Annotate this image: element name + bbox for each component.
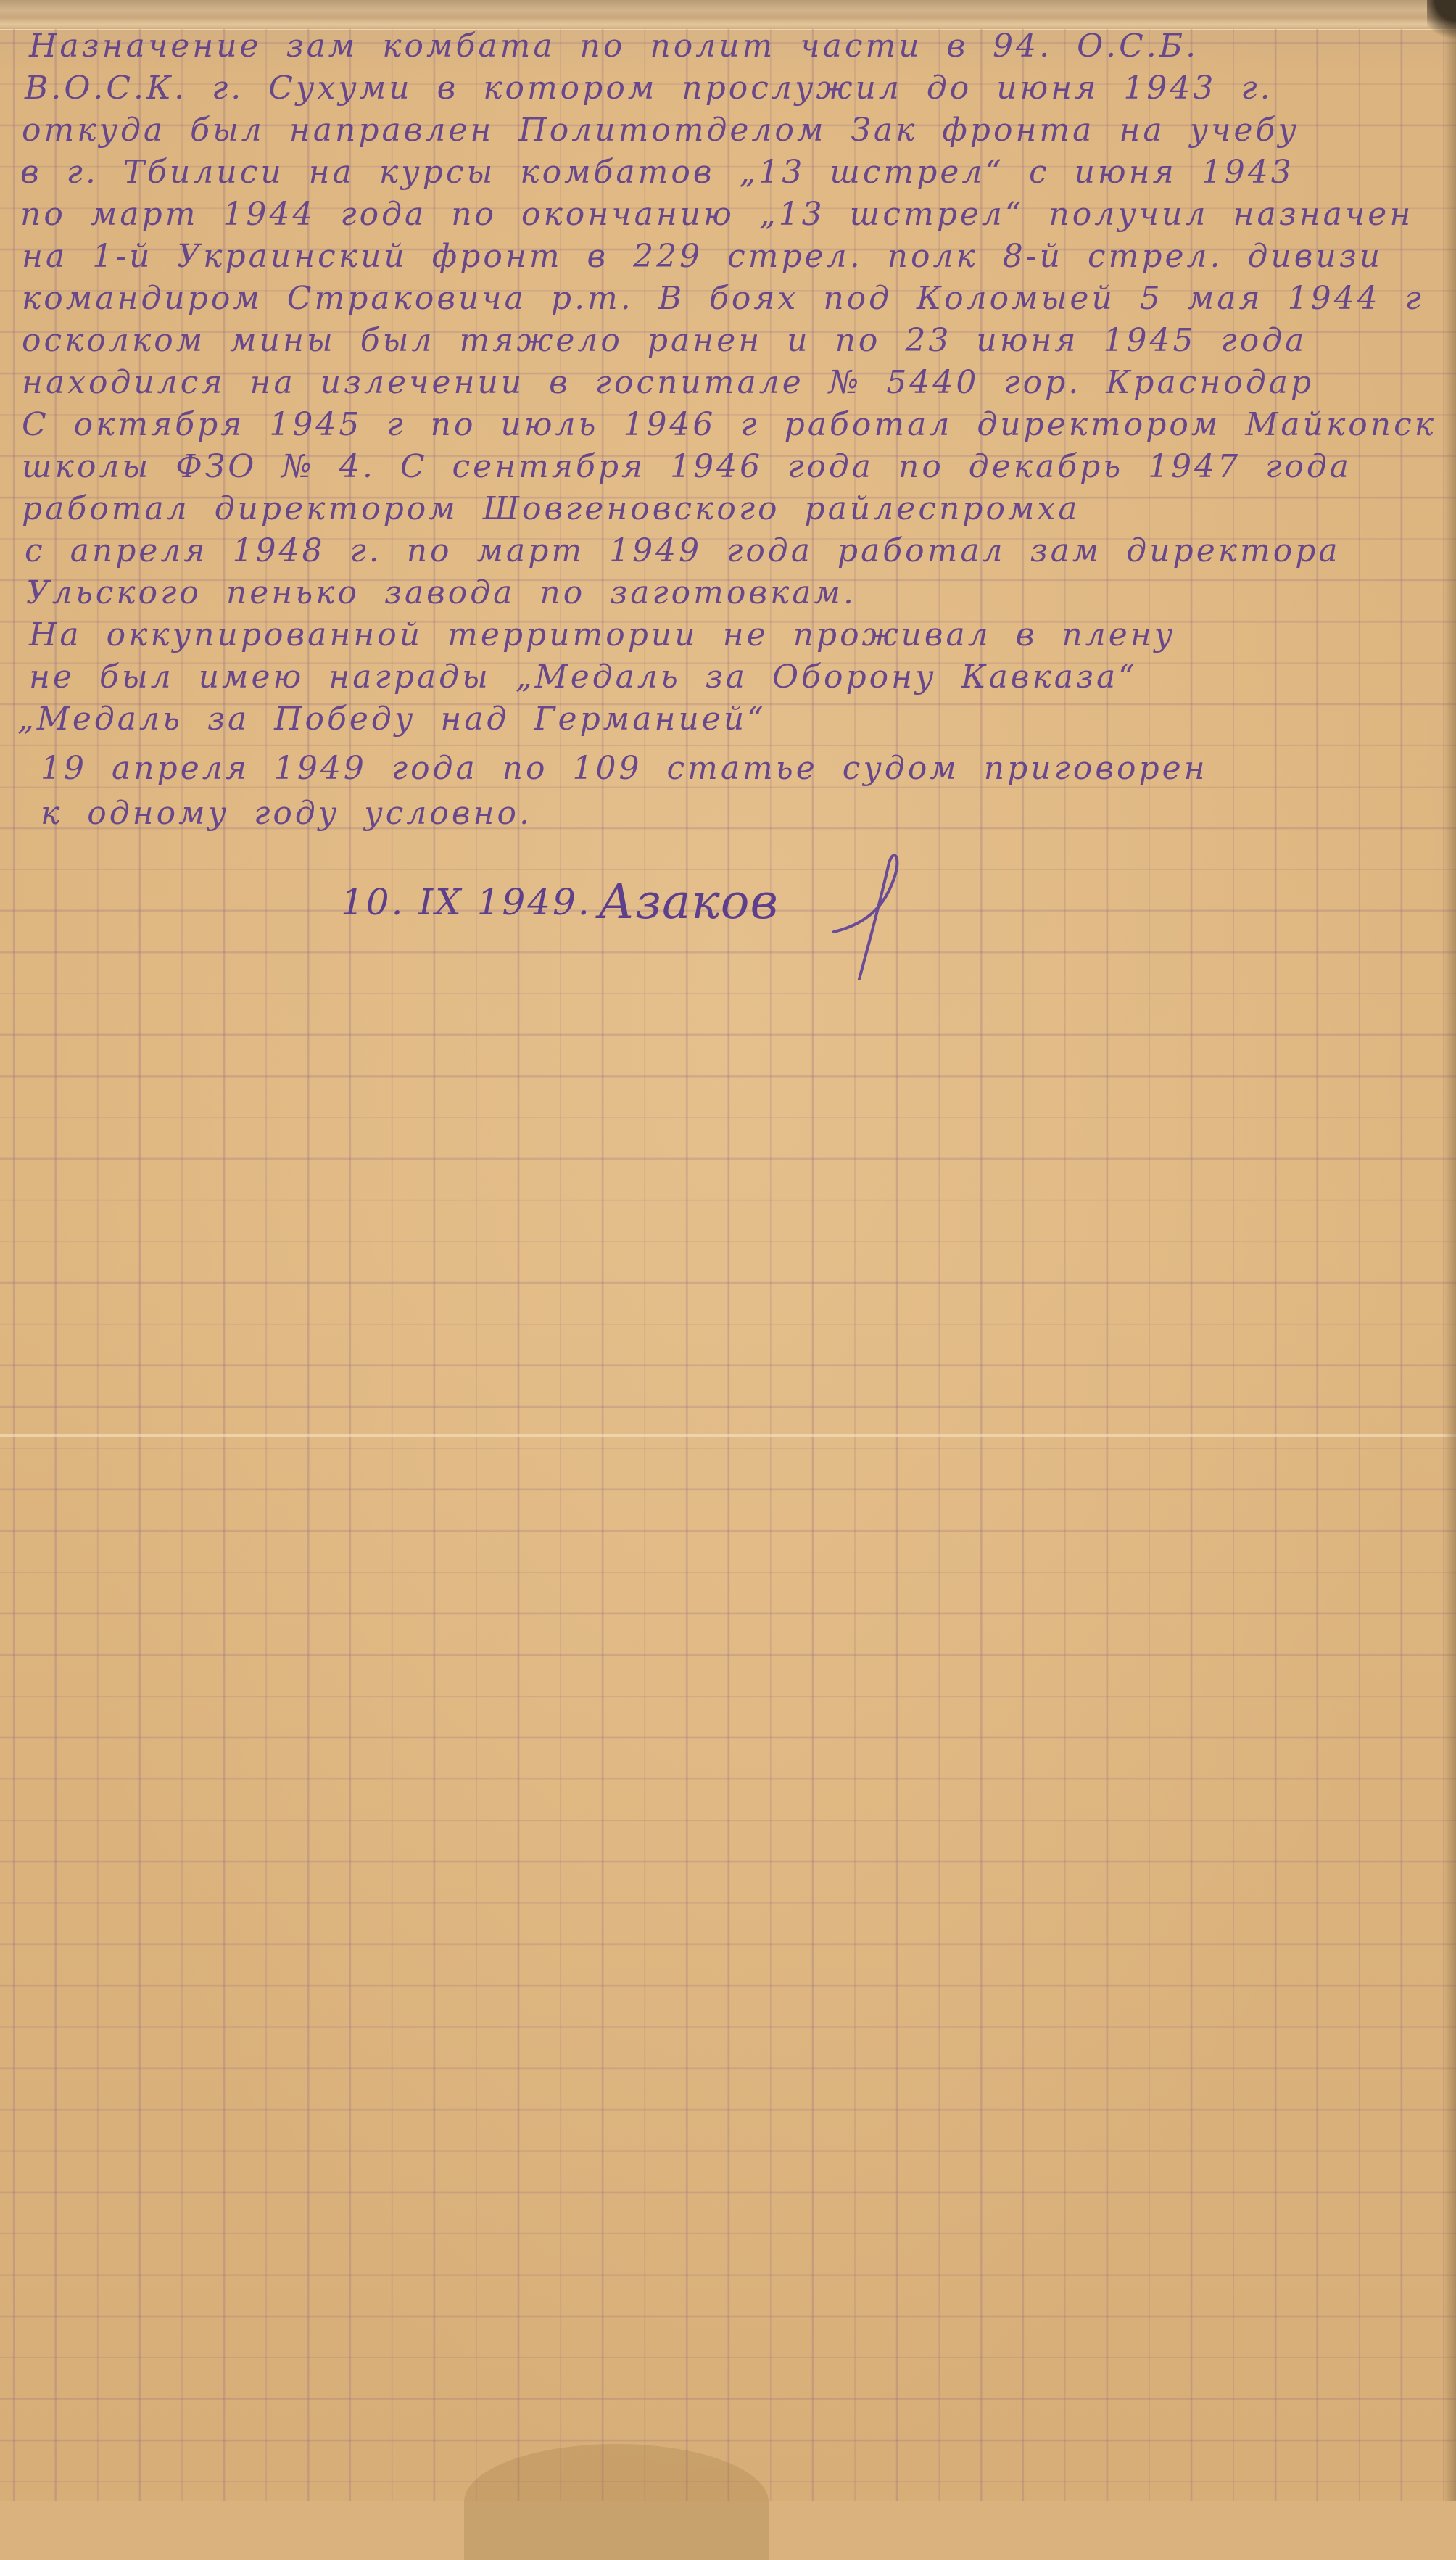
text-line-13: с апреля 1948 г. по март 1949 года работ… (25, 532, 1341, 569)
page-corner-shadow (1427, 0, 1456, 44)
text-line-7: командиром Страковича р.т. В боях под Ко… (22, 280, 1424, 317)
paper-page: Назначение зам комбата по полит части в … (0, 0, 1456, 2501)
signature-flourish-icon (827, 845, 914, 983)
text-line-12: работал директором Шовгеновского райлесп… (22, 490, 1080, 527)
text-line-15: На оккупированной территории не проживал… (29, 616, 1175, 653)
signature-date: 10. IX 1949. (341, 881, 592, 923)
text-line-17: „Медаль за Победу над Германией“ (17, 701, 766, 738)
text-line-8: осколком мины был тяжело ранен и по 23 и… (22, 322, 1307, 359)
text-line-3: откуда был направлен Политотделом Зак фр… (22, 112, 1299, 149)
text-line-14: Ульского пенько завода по заготовкам. (26, 574, 856, 611)
text-line-4: в г. Тбилиси на курсы комбатов „13 шстре… (20, 154, 1294, 191)
page-right-edge (1443, 0, 1456, 2501)
text-line-9: находился на излечении в госпитале № 544… (22, 364, 1314, 401)
page-top-edge (0, 0, 1456, 30)
paper-fold-crease (0, 1434, 1456, 1437)
signature-name: Азаков (598, 874, 779, 930)
text-line-10: С октября 1945 г по июль 1946 г работал … (22, 406, 1436, 443)
text-line-16: не был имею награды „Медаль за Оборону К… (29, 658, 1138, 695)
text-line-2: В.О.С.К. г. Сухуми в котором прослужил д… (25, 70, 1273, 107)
text-line-18: 19 апреля 1949 года по 109 статье судом … (41, 750, 1208, 787)
text-line-11: школы ФЗО № 4. С сентября 1946 года по д… (22, 448, 1352, 485)
text-line-5: по март 1944 года по окончанию „13 шстре… (20, 196, 1413, 233)
text-line-6: на 1-й Украинский фронт в 229 стрел. пол… (22, 238, 1383, 275)
text-line-1: Назначение зам комбата по полит части в … (29, 28, 1199, 65)
text-line-19: к одному году условно. (41, 795, 532, 832)
